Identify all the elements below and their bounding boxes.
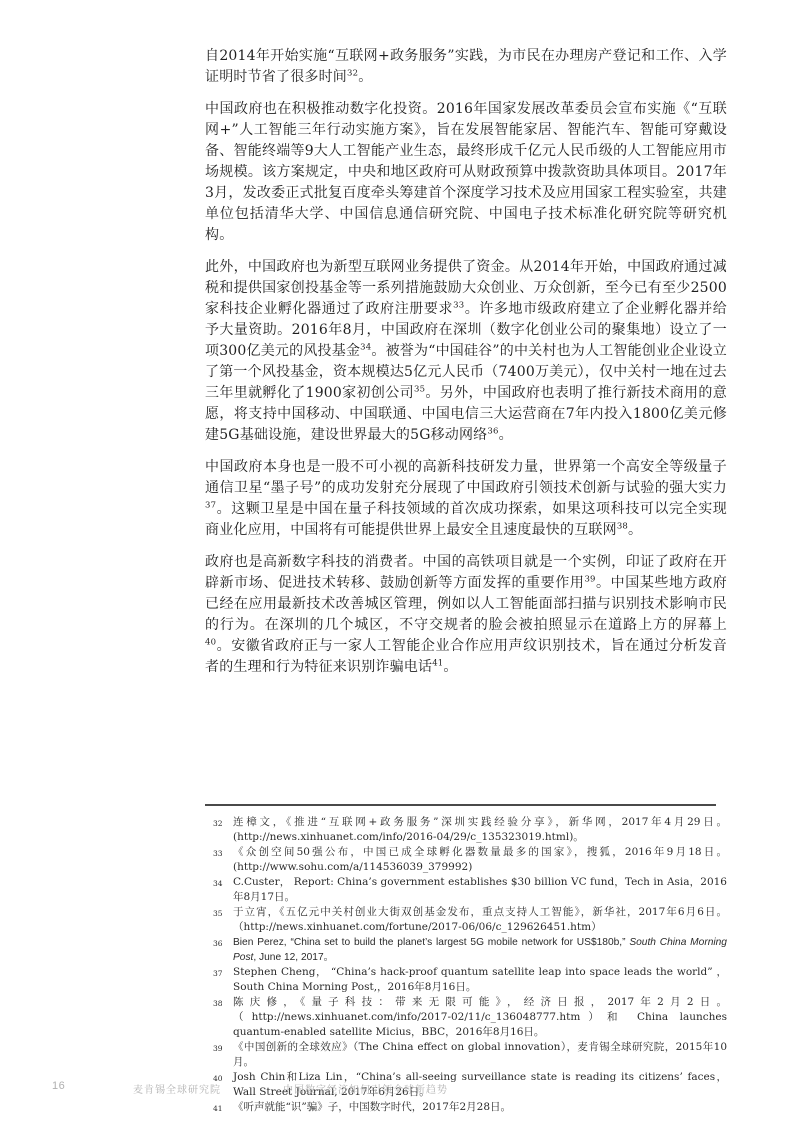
footnote-ref: 39	[584, 574, 595, 584]
footnote-number: 32	[205, 815, 233, 845]
footnote-ref: 33	[453, 300, 464, 310]
text-run: 。	[443, 659, 457, 675]
footnote-text: 《中国创新的全球效应》（The China effect on global i…	[233, 1040, 727, 1070]
text-run: 。	[499, 427, 513, 443]
text-run: 。	[628, 522, 642, 538]
text-run: 《中国创新的全球效应》（The China effect on global i…	[233, 1041, 727, 1068]
text-run: 中国政府也在积极推动数字化投资。2016年国家发展改革委员会宣布实施《“互联网+…	[205, 101, 727, 243]
footnote-number: 38	[205, 995, 233, 1040]
footnote-ref: 35	[414, 384, 425, 394]
footnote-item: 36Bien Perez, “China set to build the pl…	[205, 935, 727, 965]
footnote-ref: 38	[617, 521, 628, 531]
footnote-number: 33	[205, 845, 233, 875]
footnote-item: 41《听声就能“识”骗》子，中国数字时代，2017年2月28日。	[205, 1100, 727, 1116]
body-paragraph: 中国政府也在积极推动数字化投资。2016年国家发展改革委员会宣布实施《“互联网+…	[205, 99, 727, 246]
footnote-ref: 40	[205, 637, 216, 647]
text-run: , June 12, 2017。	[253, 952, 333, 963]
footnote-item: 35于立宵，《五亿元中关村创业大街双创基金发布，重点支持人工智能》，新华社，20…	[205, 905, 727, 935]
text-run: Bien Perez, “China set to build the plan…	[233, 937, 629, 948]
footnote-text: 陈庆修，《量子科技：带来无限可能》，经济日报，2017年2月2日。（http:/…	[233, 995, 727, 1040]
footnote-ref: 32	[347, 68, 358, 78]
document-page: 自2014年开始实施“互联网+政务服务”实践，为市民在办理房产登记和工作、入学证…	[0, 0, 793, 1122]
text-run: 中国政府本身也是一股不可小视的高新科技研发力量，世界第一个高安全等级量子通信卫星…	[205, 459, 727, 496]
footnote-ref: 34	[360, 342, 371, 352]
footnote-item: 37Stephen Cheng， “China’s hack-proof qua…	[205, 965, 727, 995]
footer-report-title: 中国数字经济如何引领全球新趋势	[283, 1081, 448, 1096]
footnote-list: 32连樟文，《推进“互联网+政务服务”深圳实践经验分享》，新华网，2017年4月…	[205, 815, 727, 1116]
text-run: 《听声就能“识”骗》子，中国数字时代，2017年2月28日。	[233, 1101, 511, 1113]
text-run: 。安徽省政府正与一家人工智能企业合作应用声纹识别技术，旨在通过分析发音者的生理和…	[205, 638, 727, 675]
text-run: 陈庆修，《量子科技：带来无限可能》，经济日报，2017年2月2日。（http:/…	[233, 996, 727, 1038]
text-run: 于立宵，《五亿元中关村创业大街双创基金发布，重点支持人工智能》，新华社，2017…	[233, 906, 727, 933]
footnote-ref: 41	[432, 658, 443, 668]
page-number: 16	[52, 1080, 65, 1092]
footnote-separator	[205, 804, 716, 806]
text-run: 。这颗卫星是中国在量子科技领域的首次成功探索，如果这项科技可以完全实现商业化应用…	[205, 501, 727, 538]
footnote-text: 于立宵，《五亿元中关村创业大街双创基金发布，重点支持人工智能》，新华社，2017…	[233, 905, 727, 935]
text-run: 。	[358, 69, 372, 85]
footnote-text: 《听声就能“识”骗》子，中国数字时代，2017年2月28日。	[233, 1100, 727, 1116]
footnote-text: 连樟文，《推进“互联网+政务服务”深圳实践经验分享》，新华网，2017年4月29…	[233, 815, 727, 845]
footnote-number: 36	[205, 935, 233, 965]
footnote-number: 35	[205, 905, 233, 935]
footnote-number: 39	[205, 1040, 233, 1070]
body-paragraph: 中国政府本身也是一股不可小视的高新科技研发力量，世界第一个高安全等级量子通信卫星…	[205, 457, 727, 541]
footnote-text: 《众创空间50强公布，中国已成全球孵化器数量最多的国家》，搜狐，2016年9月1…	[233, 845, 727, 875]
text-run: Stephen Cheng， “China’s hack-proof quant…	[233, 966, 727, 993]
footnote-item: 34C.Custer， Report: China’s government e…	[205, 875, 727, 905]
body-paragraph: 自2014年开始实施“互联网+政务服务”实践，为市民在办理房产登记和工作、入学证…	[205, 46, 727, 88]
text-run: 连樟文，《推进“互联网+政务服务”深圳实践经验分享》，新华网，2017年4月29…	[233, 816, 727, 843]
footnote-ref: 37	[205, 500, 216, 510]
footnote-item: 38陈庆修，《量子科技：带来无限可能》，经济日报，2017年2月2日。（http…	[205, 995, 727, 1040]
page-footer: 16 麦肯锡全球研究院 中国数字经济如何引领全球新趋势	[0, 1080, 793, 1096]
footer-institution: 麦肯锡全球研究院	[133, 1081, 221, 1096]
footnotes-section: 32连樟文，《推进“互联网+政务服务”深圳实践经验分享》，新华网，2017年4月…	[205, 804, 727, 1116]
text-run: C.Custer， Report: China’s government est…	[233, 876, 727, 903]
footnote-text: C.Custer， Report: China’s government est…	[233, 875, 727, 905]
text-run: 《众创空间50强公布，中国已成全球孵化器数量最多的国家》，搜狐，2016年9月1…	[233, 846, 727, 873]
footnote-ref: 36	[487, 426, 498, 436]
footnote-number: 37	[205, 965, 233, 995]
footnote-text: Stephen Cheng， “China’s hack-proof quant…	[233, 965, 727, 995]
footnote-item: 32连樟文，《推进“互联网+政务服务”深圳实践经验分享》，新华网，2017年4月…	[205, 815, 727, 845]
body-paragraphs: 自2014年开始实施“互联网+政务服务”实践，为市民在办理房产登记和工作、入学证…	[205, 46, 727, 689]
body-paragraph: 此外，中国政府也为新型互联网业务提供了资金。从2014年开始，中国政府通过减税和…	[205, 257, 727, 446]
body-paragraph: 政府也是高新数字科技的消费者。中国的高铁项目就是一个实例，印证了政府在开辟新市场…	[205, 552, 727, 678]
footnote-number: 41	[205, 1100, 233, 1116]
footnote-item: 33《众创空间50强公布，中国已成全球孵化器数量最多的国家》，搜狐，2016年9…	[205, 845, 727, 875]
footnote-text: Bien Perez, “China set to build the plan…	[233, 935, 727, 965]
footnote-item: 39《中国创新的全球效应》（The China effect on global…	[205, 1040, 727, 1070]
footnote-number: 34	[205, 875, 233, 905]
text-run: 自2014年开始实施“互联网+政务服务”实践，为市民在办理房产登记和工作、入学证…	[205, 48, 727, 85]
